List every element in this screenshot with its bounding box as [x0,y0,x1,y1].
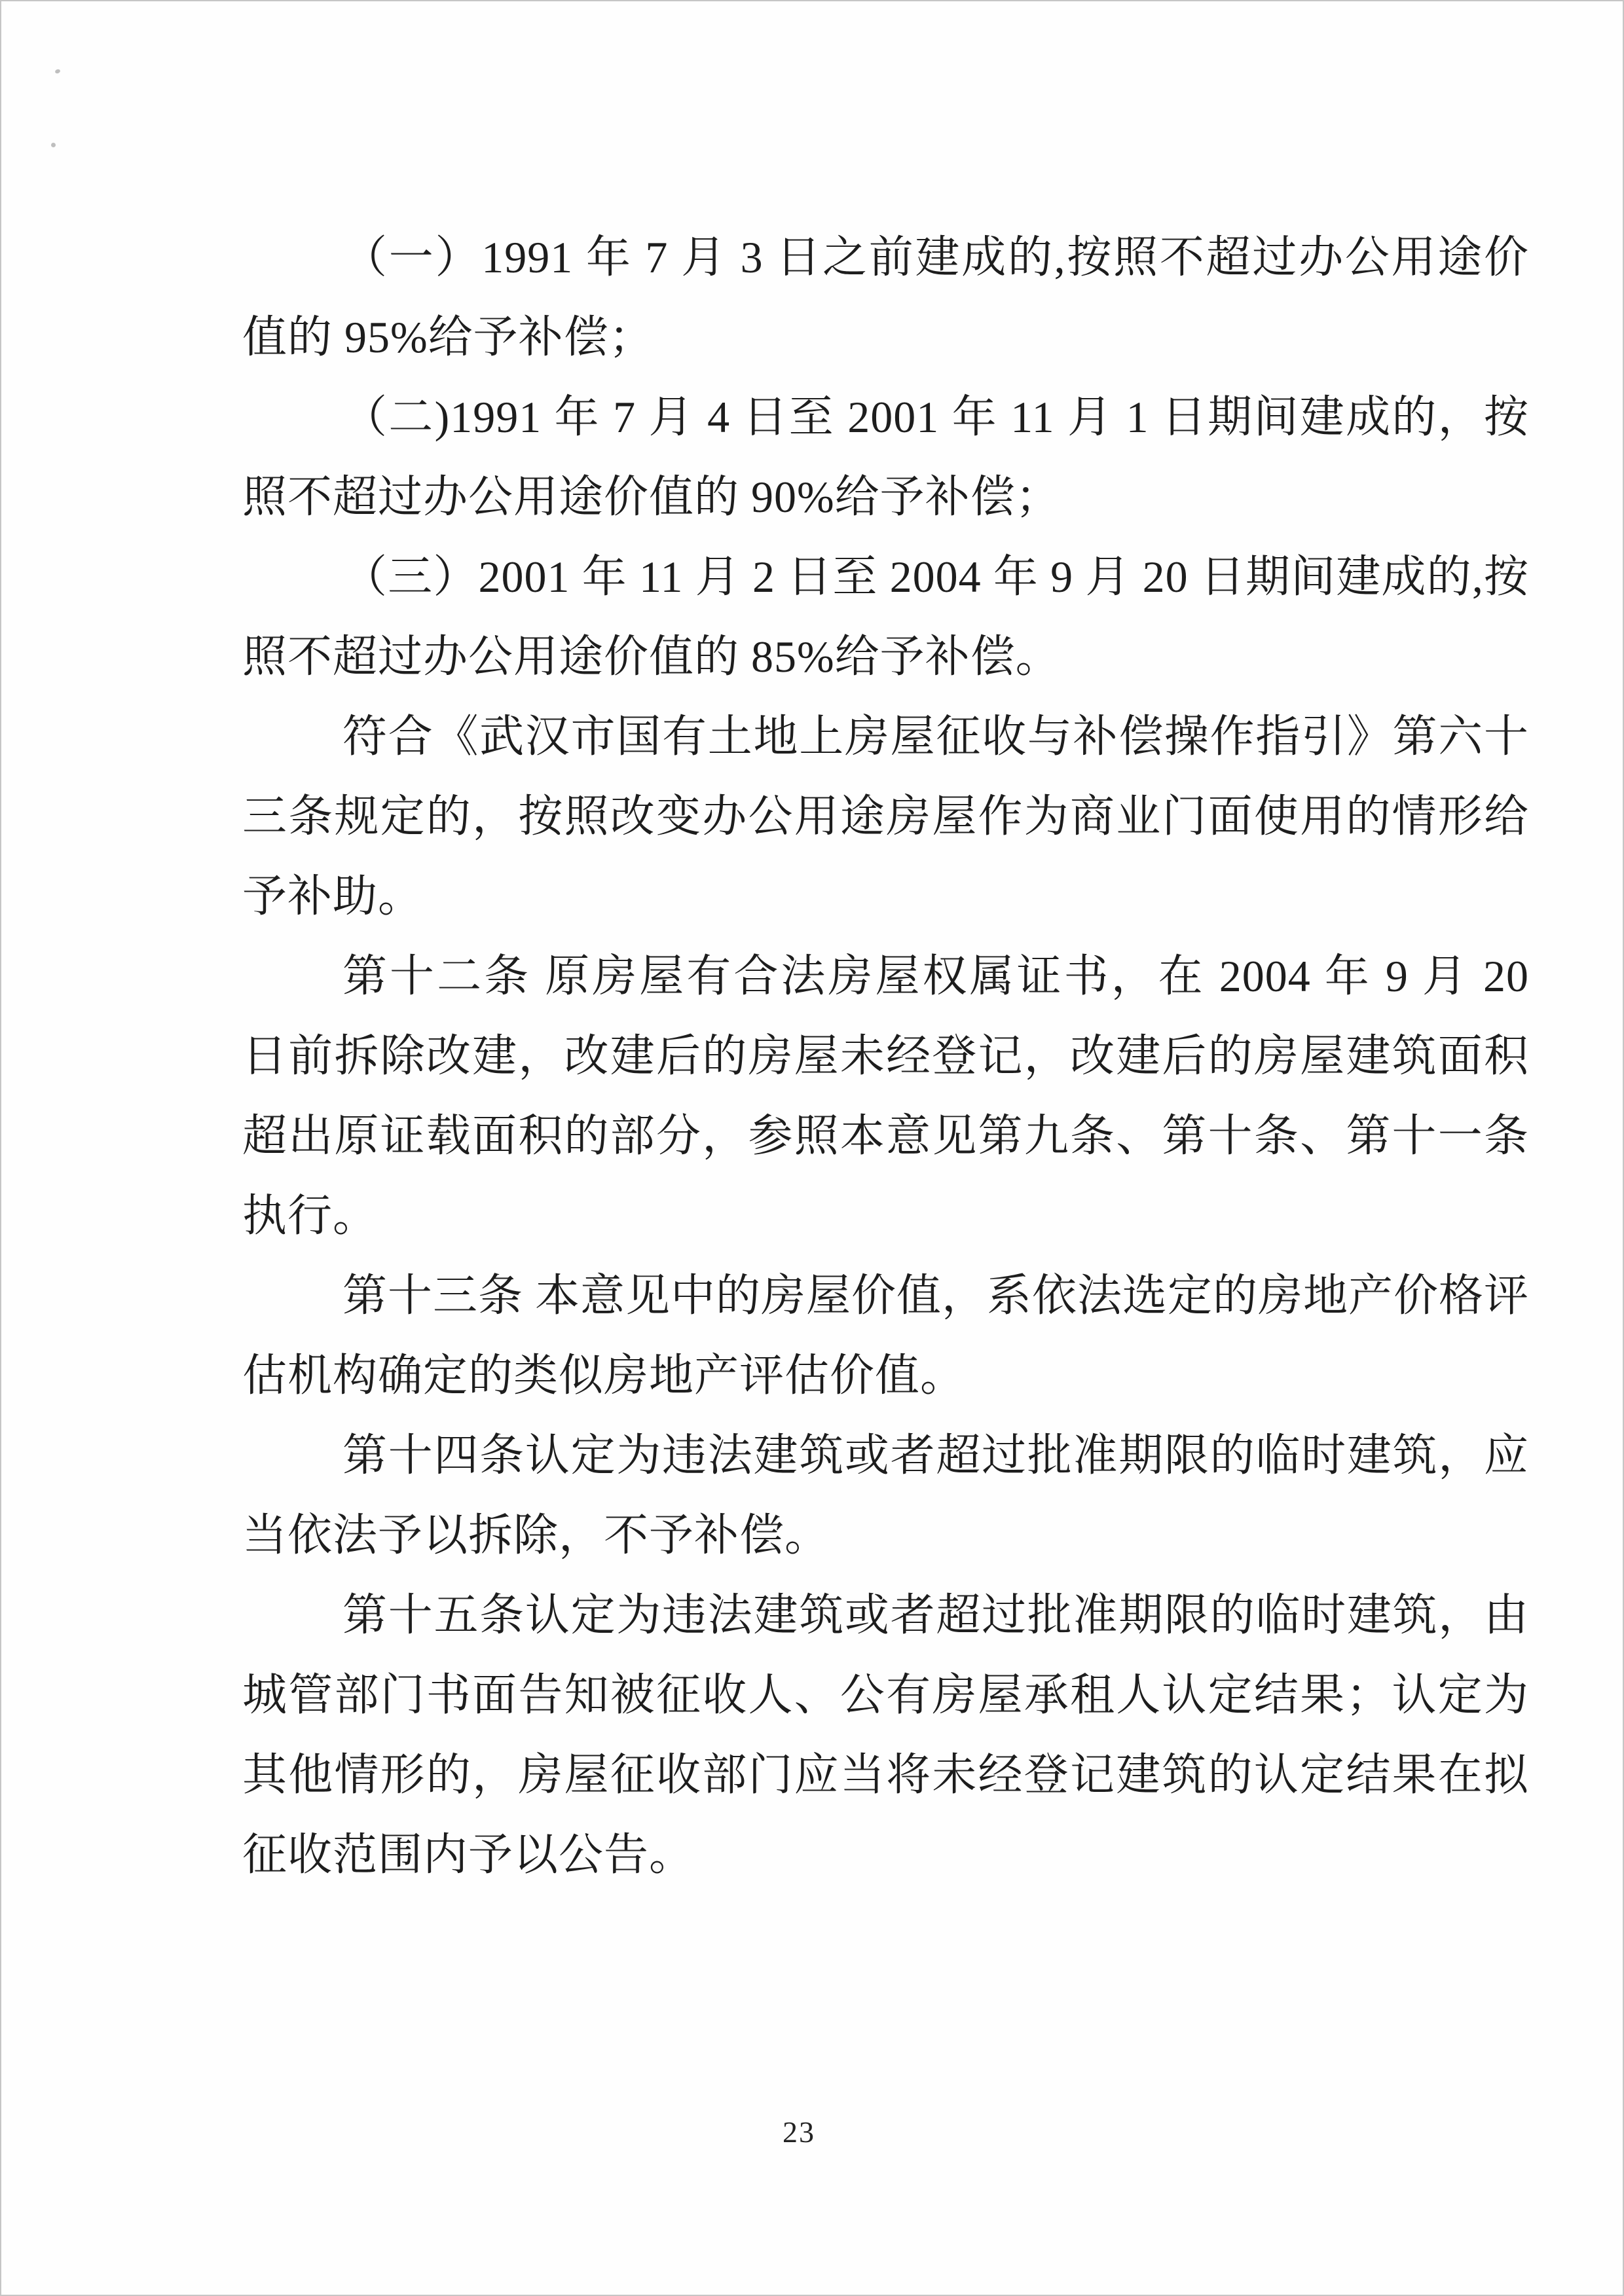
scan-speck-icon [51,143,56,147]
page-number: 23 [1,2115,1596,2149]
document-page: （一）1991 年 7 月 3 日之前建成的,按照不超过办公用途价值的 95%给… [0,0,1624,2296]
scan-speck-icon [54,69,61,74]
paragraph-article-15: 第十五条认定为违法建筑或者超过批准期限的临时建筑，由城管部门书面告知被征收人、公… [242,1575,1529,1895]
paragraph-article-12: 第十二条 原房屋有合法房屋权属证书，在 2004 年 9 月 20 日前拆除改建… [242,936,1529,1256]
paragraph-item-1: （一）1991 年 7 月 3 日之前建成的,按照不超过办公用途价值的 95%给… [242,217,1529,377]
paragraph-item-2: （二)1991 年 7 月 4 日至 2001 年 11 月 1 日期间建成的，… [242,377,1529,537]
paragraph-article-13: 第十三条 本意见中的房屋价值，系依法选定的房地产价格评估机构确定的类似房地产评估… [242,1256,1529,1415]
paragraph-item-3: （三）2001 年 11 月 2 日至 2004 年 9 月 20 日期间建成的… [242,537,1529,697]
paragraph-article-14: 第十四条认定为违法建筑或者超过批准期限的临时建筑，应当依法予以拆除，不予补偿。 [242,1415,1529,1575]
paragraph-para-fuhe: 符合《武汉市国有土地上房屋征收与补偿操作指引》第六十三条规定的，按照改变办公用途… [242,697,1529,936]
document-body: （一）1991 年 7 月 3 日之前建成的,按照不超过办公用途价值的 95%给… [242,217,1529,1895]
